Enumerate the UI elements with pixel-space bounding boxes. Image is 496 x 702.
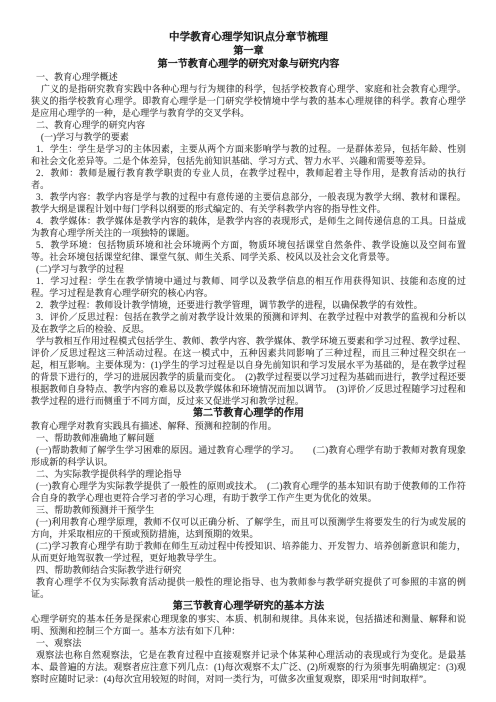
para-research-content-heading: 二、教育心理学的研究内容 bbox=[31, 119, 466, 131]
para-role1-body: (一)帮助教师了解学生学习困难的原因。通过教育心理学的学习。 (二)教育心理学有… bbox=[31, 444, 466, 468]
para-methods-intro: 心理学研究的基本任务是探索心理现象的事实、本质、机制和规律。具体来说，包括描述和… bbox=[31, 613, 466, 637]
para-overview-heading: 一、教育心理学概述 bbox=[31, 71, 466, 83]
para-elements-subheading: (一)学习与教学的要素 bbox=[31, 131, 466, 143]
para-role4-body: 教育心理学不仅为实际教育活动提供一般性的理论指导、也为教师参与教学研究提供了可参… bbox=[31, 576, 466, 600]
section3-heading: 第三节教育心理学研究的基本方法 bbox=[31, 600, 466, 613]
document-page: 中学教育心理学知识点分章节梳理 第一章 第一节教育心理学的研究对象与研究内容 一… bbox=[0, 0, 496, 702]
para-element-media: 4．教学媒体：教学媒体是教学内容的载体，是教学内容的表现形式，是师生之间传递信息… bbox=[31, 215, 466, 239]
section1-heading: 第一节教育心理学的研究对象与研究内容 bbox=[31, 58, 466, 71]
para-process-subheading: (二)学习与教学的过程 bbox=[31, 263, 466, 275]
para-process-learning: 1．学习过程：学生在教学情境中通过与教师、同学以及教学信息的相互作用获得知识、技… bbox=[31, 275, 466, 299]
para-element-student: 1．学生：学生是学习的主体因素，主要从两个方面来影响学与教的过程。一是群体差异，… bbox=[31, 143, 466, 167]
document-content: 中学教育心理学知识点分章节梳理 第一章 第一节教育心理学的研究对象与研究内容 一… bbox=[31, 31, 466, 685]
para-role2-body: (一)教育心理学为实际教学提供了一般性的原则或技术。 (二)教育心理学的基本知识… bbox=[31, 480, 466, 504]
doc-title: 中学教育心理学知识点分章节梳理 bbox=[31, 31, 466, 45]
para-method1-body: 观察法也称自然观察法，它是在教育过程中直接观察并记录个体某种心理活动的表现或行为… bbox=[31, 649, 466, 685]
para-role3-body-2: (二)学习教育心理学有助于教师在师生互动过程中传授知识、培养能力、开发智力、培养… bbox=[31, 540, 466, 564]
para-role3-heading: 三、帮助教师预测并干预学生 bbox=[31, 504, 466, 516]
para-overview-body: 广义的是指研究教育实践中各种心理与行为规律的科学，包括学校教育心理学、家庭和社会… bbox=[31, 83, 466, 119]
para-role-intro: 教育心理学对教育实践具有描述、解释、预测和控制的作用。 bbox=[31, 420, 466, 432]
chapter-heading: 第一章 bbox=[31, 45, 466, 58]
para-role3-body-1: (一)利用教育心理学原理，教师不仅可以正确分析、了解学生，而且可以预测学生将要发… bbox=[31, 516, 466, 540]
para-role4-heading: 四、帮助教师结合实际教学进行研究 bbox=[31, 564, 466, 576]
para-role2-heading: 二、为实际教学提供科学的理论指导 bbox=[31, 468, 466, 480]
para-element-teacher: 2．教师：教师是履行教育教学职责的专业人员，在教学过程中，教师起着主导作用，是教… bbox=[31, 167, 466, 191]
para-interaction-model: 学与教相互作用过程模式包括学生、教师、教学内容、教学媒体、教学环境五要素和学习过… bbox=[31, 335, 466, 407]
para-process-teaching: 2．教学过程：教师设计教学情境，还要进行教学管理，调节教学的进程，以确保教学的有… bbox=[31, 299, 466, 311]
para-element-content: 3．教学内容：教学内容是学与教的过程中有意传递的主要信息部分，一般表现为教学大纲… bbox=[31, 191, 466, 215]
para-method1-heading: 一、观察法 bbox=[31, 637, 466, 649]
section2-heading: 第二节教育心理学的作用 bbox=[31, 407, 466, 420]
para-process-evaluation: 3．评价／反思过程：包括在教学之前对教学设计效果的预测和评判、在教学过程中对教学… bbox=[31, 311, 466, 335]
para-role1-heading: 一、帮助教师准确地了解问题 bbox=[31, 432, 466, 444]
para-element-environment: 5．教学环境：包括物质环境和社会环境两个方面，物质环境包括课堂自然条件、教学设施… bbox=[31, 239, 466, 263]
